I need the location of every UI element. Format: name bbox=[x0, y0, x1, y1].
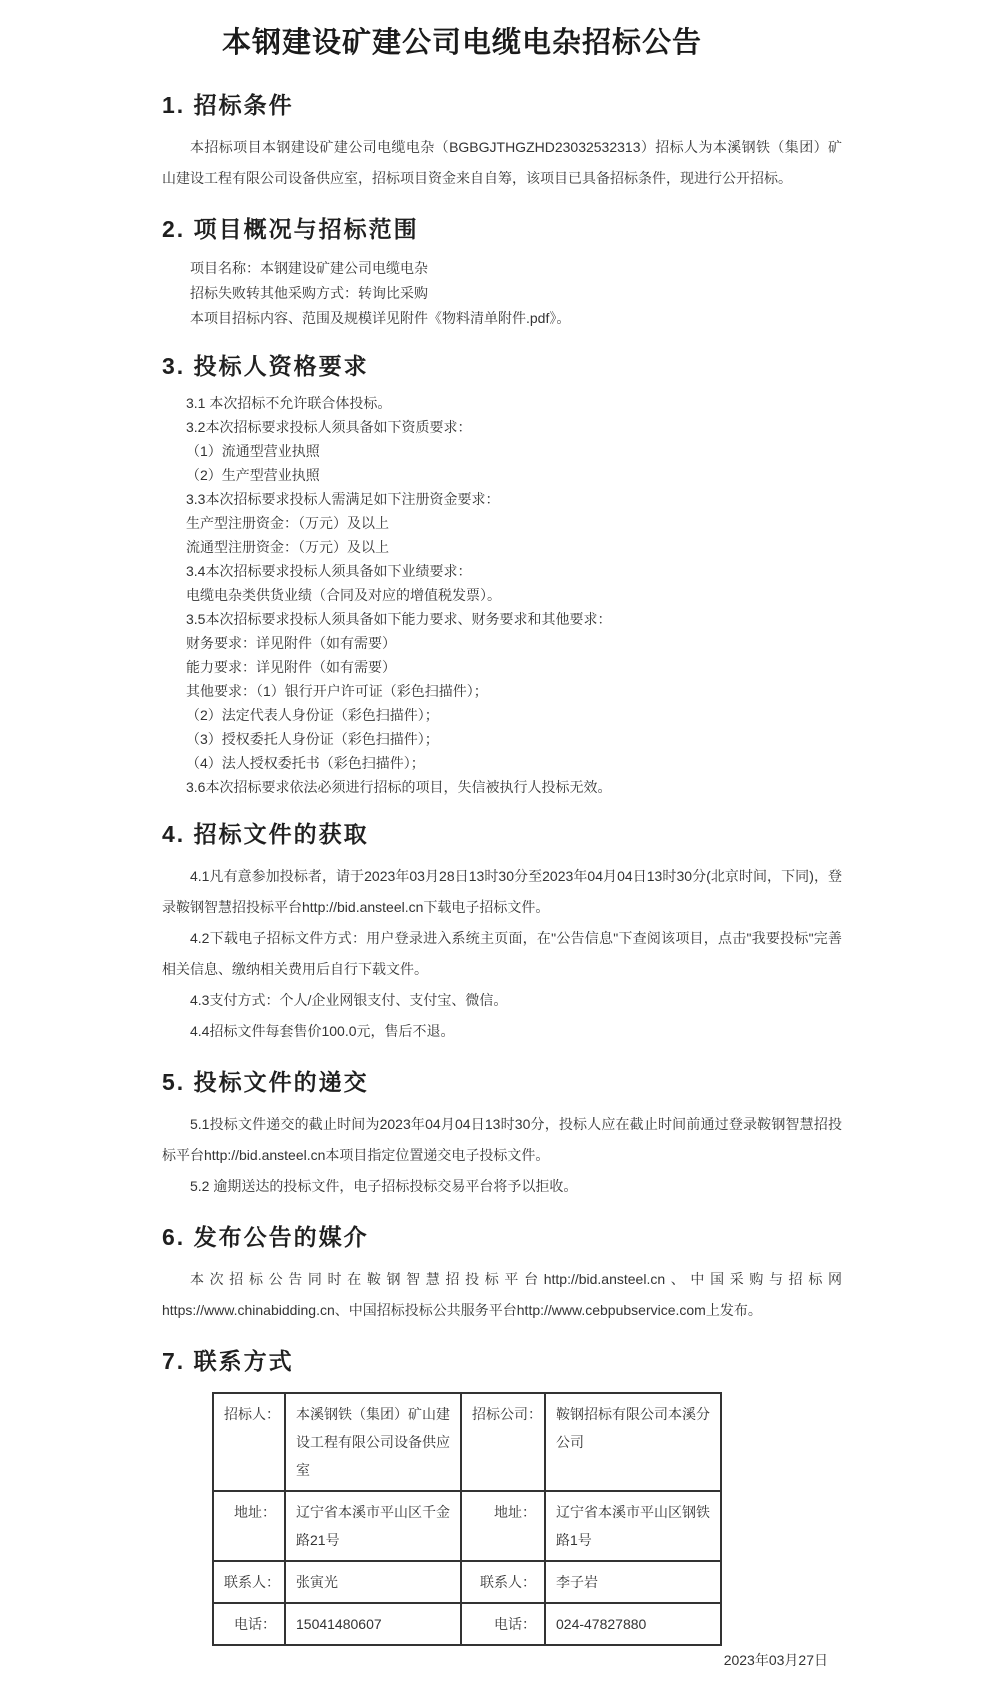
requirement-line: 3.2本次招标要求投标人须具备如下资质要求： bbox=[162, 415, 842, 439]
procurement-fallback-line: 招标失败转其他采购方式：转询比采购 bbox=[162, 281, 842, 306]
section-4-paragraph: 4.3支付方式：个人/企业网银支付、支付宝、微信。 bbox=[162, 985, 842, 1016]
company-phone-label: 电话： bbox=[461, 1603, 545, 1645]
section-4-paragraph: 4.2下载电子招标文件方式：用户登录进入系统主页面，在"公告信息"下查阅该项目，… bbox=[162, 923, 842, 985]
requirement-line: （4）法人授权委托书（彩色扫描件）； bbox=[162, 751, 842, 775]
requirement-line: 3.3本次招标要求投标人需满足如下注册资金要求： bbox=[162, 487, 842, 511]
requirement-line: 其他要求：（1）银行开户许可证（彩色扫描件）； bbox=[162, 679, 842, 703]
requirement-line: 3.4本次招标要求投标人须具备如下业绩要求： bbox=[162, 559, 842, 583]
section-2-heading: 2. 项目概况与招标范围 bbox=[162, 214, 842, 244]
section-5-body: 5.1投标文件递交的截止时间为2023年04月04日13时30分，投标人应在截止… bbox=[162, 1109, 842, 1202]
document-content: 本钢建设矿建公司电缆电杂招标公告 1. 招标条件 本招标项目本钢建设矿建公司电缆… bbox=[0, 0, 1000, 1646]
requirement-line: 3.1 本次招标不允许联合体投标。 bbox=[162, 391, 842, 415]
section-6-paragraph: 本次招标公告同时在鞍钢智慧招投标平台http://bid.ansteel.cn、… bbox=[162, 1264, 842, 1326]
requirement-line: 生产型注册资金：（万元）及以上 bbox=[162, 511, 842, 535]
requirement-line: 3.6本次招标要求依法必须进行招标的项目，失信被执行人投标无效。 bbox=[162, 775, 842, 799]
company-contact-value: 李子岩 bbox=[545, 1561, 721, 1603]
tenderer-contact-value: 张寅光 bbox=[285, 1561, 461, 1603]
section-5-bid-submission: 5. 投标文件的递交 5.1投标文件递交的截止时间为2023年04月04日13时… bbox=[162, 1067, 842, 1202]
requirement-line: （2）生产型营业执照 bbox=[162, 463, 842, 487]
tender-announcement-page: 本钢建设矿建公司电缆电杂招标公告 1. 招标条件 本招标项目本钢建设矿建公司电缆… bbox=[0, 0, 1000, 1698]
section-5-paragraph: 5.2 逾期送达的投标文件，电子招标投标交易平台将予以拒收。 bbox=[162, 1171, 842, 1202]
section-7-contact-info: 7. 联系方式 招标人： 本溪钢铁（集团）矿山建设工程有限公司设备供应室 招标公… bbox=[162, 1346, 842, 1646]
requirement-line: 3.5本次招标要求投标人须具备如下能力要求、财务要求和其他要求： bbox=[162, 607, 842, 631]
section-4-obtaining-documents: 4. 招标文件的获取 4.1凡有意参加投标者，请于2023年03月28日13时3… bbox=[162, 819, 842, 1047]
company-address-label: 地址： bbox=[461, 1491, 545, 1561]
section-7-heading: 7. 联系方式 bbox=[162, 1346, 842, 1376]
section-4-heading: 4. 招标文件的获取 bbox=[162, 819, 842, 849]
table-row-phone: 电话： 15041480607 电话： 024-47827880 bbox=[213, 1603, 721, 1645]
table-row-tenderer: 招标人： 本溪钢铁（集团）矿山建设工程有限公司设备供应室 招标公司： 鞍钢招标有… bbox=[213, 1393, 721, 1491]
requirement-line: 能力要求：详见附件（如有需要） bbox=[162, 655, 842, 679]
section-2-body: 项目名称：本钢建设矿建公司电缆电杂 招标失败转其他采购方式：转询比采购 本项目招… bbox=[162, 256, 842, 331]
tenderer-address-value: 辽宁省本溪市平山区千金路21号 bbox=[285, 1491, 461, 1561]
section-4-paragraph: 4.1凡有意参加投标者，请于2023年03月28日13时30分至2023年04月… bbox=[162, 861, 842, 923]
tenderer-phone-value: 15041480607 bbox=[285, 1603, 461, 1645]
section-3-body: 3.1 本次招标不允许联合体投标。 3.2本次招标要求投标人须具备如下资质要求：… bbox=[162, 391, 842, 799]
requirement-line: （2）法定代表人身份证（彩色扫描件）； bbox=[162, 703, 842, 727]
requirement-line: 电缆电杂类供货业绩（合同及对应的增值税发票）。 bbox=[162, 583, 842, 607]
section-6-announcement-media: 6. 发布公告的媒介 本次招标公告同时在鞍钢智慧招投标平台http://bid.… bbox=[162, 1222, 842, 1326]
requirement-line: （1）流通型营业执照 bbox=[162, 439, 842, 463]
document-title: 本钢建设矿建公司电缆电杂招标公告 bbox=[162, 26, 762, 60]
section-3-heading: 3. 投标人资格要求 bbox=[162, 351, 842, 381]
announcement-date: 2023年03月27日 bbox=[724, 1650, 828, 1670]
requirement-line: 流通型注册资金：（万元）及以上 bbox=[162, 535, 842, 559]
section-6-heading: 6. 发布公告的媒介 bbox=[162, 1222, 842, 1252]
section-5-paragraph: 5.1投标文件递交的截止时间为2023年04月04日13时30分，投标人应在截止… bbox=[162, 1109, 842, 1171]
tenderer-address-label: 地址： bbox=[213, 1491, 285, 1561]
project-name-line: 项目名称：本钢建设矿建公司电缆电杂 bbox=[162, 256, 842, 281]
section-1-paragraph: 本招标项目本钢建设矿建公司电缆电杂（BGBGJTHGZHD23032532313… bbox=[162, 132, 842, 194]
table-row-address: 地址： 辽宁省本溪市平山区千金路21号 地址： 辽宁省本溪市平山区钢铁路1号 bbox=[213, 1491, 721, 1561]
section-2-project-overview: 2. 项目概况与招标范围 项目名称：本钢建设矿建公司电缆电杂 招标失败转其他采购… bbox=[162, 214, 842, 331]
tenderer-phone-label: 电话： bbox=[213, 1603, 285, 1645]
requirement-line: （3）授权委托人身份证（彩色扫描件）； bbox=[162, 727, 842, 751]
section-4-paragraph: 4.4招标文件每套售价100.0元，售后不退。 bbox=[162, 1016, 842, 1047]
table-row-contact-person: 联系人： 张寅光 联系人： 李子岩 bbox=[213, 1561, 721, 1603]
section-1-tender-conditions: 1. 招标条件 本招标项目本钢建设矿建公司电缆电杂（BGBGJTHGZHD230… bbox=[162, 90, 842, 194]
scope-attachment-line: 本项目招标内容、范围及规模详见附件《物料清单附件.pdf》。 bbox=[162, 306, 842, 331]
bidding-company-label: 招标公司： bbox=[461, 1393, 545, 1491]
company-phone-value: 024-47827880 bbox=[545, 1603, 721, 1645]
company-address-value: 辽宁省本溪市平山区钢铁路1号 bbox=[545, 1491, 721, 1561]
contact-table: 招标人： 本溪钢铁（集团）矿山建设工程有限公司设备供应室 招标公司： 鞍钢招标有… bbox=[212, 1392, 722, 1646]
tenderer-value: 本溪钢铁（集团）矿山建设工程有限公司设备供应室 bbox=[285, 1393, 461, 1491]
tenderer-label: 招标人： bbox=[213, 1393, 285, 1491]
bidding-company-value: 鞍钢招标有限公司本溪分公司 bbox=[545, 1393, 721, 1491]
section-5-heading: 5. 投标文件的递交 bbox=[162, 1067, 842, 1097]
section-3-bidder-qualifications: 3. 投标人资格要求 3.1 本次招标不允许联合体投标。 3.2本次招标要求投标… bbox=[162, 351, 842, 799]
section-1-heading: 1. 招标条件 bbox=[162, 90, 842, 120]
section-4-body: 4.1凡有意参加投标者，请于2023年03月28日13时30分至2023年04月… bbox=[162, 861, 842, 1047]
tenderer-contact-label: 联系人： bbox=[213, 1561, 285, 1603]
requirement-line: 财务要求：详见附件（如有需要） bbox=[162, 631, 842, 655]
company-contact-label: 联系人： bbox=[461, 1561, 545, 1603]
